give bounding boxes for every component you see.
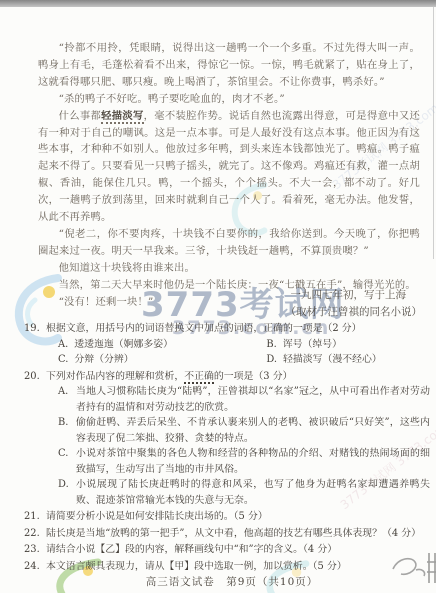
question-19: 19. 根据文意，用括号内的词语替换文中加点的词语，正确的一项是（2 分） A.… bbox=[24, 321, 430, 368]
option-label: D. bbox=[58, 477, 76, 508]
option-d: D.小说展现了陆长庚赶鸭时的得意和风采，也写了他身为赶鸭名家却遭遇养鸭失败、混迹… bbox=[46, 477, 430, 508]
passage-paragraph-2: “杀的鸭子不好吃。鸭子要吃呛血的，肉才不老。” bbox=[38, 91, 420, 108]
passage-paragraph-3: 什么事都轻描淡写，毫不装腔作势。说话自然也流露出得意，可是得意中又还有一种对于自… bbox=[38, 108, 420, 226]
option-label: A. bbox=[58, 339, 68, 350]
page-content: “拎都不用拎，凭眼睛，说得出这一趟鸭一个一个多重。不过先得大叫一声。鸭身上有毛，… bbox=[0, 0, 436, 593]
passage-paragraph-4: “倪老二，你不要肉疼，十块钱不白要你的，我给你送到。今天晚了，你把鸭圈起来过一夜… bbox=[38, 226, 420, 260]
question-stem: 请结合小说【乙】段的内容，解释画线句中“和”字的含义。（4 分） bbox=[46, 542, 430, 558]
passage-byline: 一九四七年初，写于上海 bbox=[291, 287, 407, 302]
option-b: B.诨号（绰号） bbox=[266, 337, 430, 353]
question-number: 23. bbox=[24, 542, 46, 558]
question-stem: 请简要分析小说是如何安排陆长庚出场的。（5 分） bbox=[46, 509, 430, 525]
exam-page-scan: 3773考试网 3773.com.cn 3773考试网 3773.com.cn … bbox=[0, 0, 436, 593]
option-label: C. bbox=[58, 446, 76, 477]
question-number: 21. bbox=[24, 509, 46, 525]
question-list: 19. 根据文意，用括号内的词语替换文中加点的词语，正确的一项是（2 分） A.… bbox=[24, 321, 430, 575]
option-text: 诨号（绰号） bbox=[283, 339, 342, 350]
question-19-options: A.逶逶迤迤（婀娜多姿） B.诨号（绰号） C.分辩（分辨） D.轻描淡写（漫不… bbox=[46, 337, 430, 368]
option-text: 小说对茶馆中聚集的各色人物和经营的各种物品的介绍、对赌钱的热闹场面的细致描写，生… bbox=[76, 446, 430, 477]
question-stem: 陆长庚是当地“放鸭的第一把手”，从文中看，他高超的技艺有哪些具体表现？（4 分） bbox=[46, 526, 430, 542]
passage-source-note: （取材于汪曾祺的同名小说） bbox=[286, 304, 423, 319]
option-text: 小说展现了陆长庚赶鸭时的得意和风采，也写了他身为赶鸭名家却遭遇养鸭失败、混迹茶馆… bbox=[76, 477, 430, 508]
option-label: B. bbox=[58, 415, 76, 446]
question-number: 19. bbox=[24, 321, 46, 368]
question-23: 23. 请结合小说【乙】段的内容，解释画线句中“和”字的含义。（4 分） bbox=[24, 542, 430, 558]
question-number: 22. bbox=[24, 526, 46, 542]
option-label: A. bbox=[58, 384, 76, 415]
option-text: 偷偷赶鸭、弄丢后呆坐、不肯承认裹来别人的老鸭、被识破后“只好笑”，这些内容表现了… bbox=[76, 415, 430, 446]
question-number: 24. bbox=[24, 559, 46, 575]
option-d: D.轻描淡写（漫不经心） bbox=[266, 352, 430, 368]
stem-emphasized: 不正确 bbox=[184, 371, 214, 384]
question-22: 22. 陆长庚是当地“放鸭的第一把手”，从文中看，他高超的技艺有哪些具体表现？（… bbox=[24, 526, 430, 542]
passage-p3-emphasized-phrase: 轻描淡写 bbox=[101, 110, 144, 124]
question-20-options: A.当地人习惯称陆长庚为“陆鸭”，汪曾祺却以“名家”冠之，从中可看出作者对劳动者… bbox=[46, 384, 430, 508]
passage-paragraph-5: 他知道这十块钱将由谁来出。 bbox=[38, 260, 420, 277]
question-stem: 根据文意，用括号内的词语替换文中加点的词语，正确的一项是（2 分） bbox=[46, 321, 430, 337]
passage-excerpt: “拎都不用拎，凭眼睛，说得出这一趟鸭一个一个多重。不过先得大叫一声。鸭身上有毛，… bbox=[38, 40, 420, 311]
question-stem: 本文语言颇具表现力，请从【甲】段中选取一例，加以赏析。（5 分） bbox=[46, 559, 430, 575]
question-stem: 下列对作品内容的理解和赏析，不正确的一项是（3 分） bbox=[46, 369, 430, 385]
option-text: 分辩（分辨） bbox=[74, 354, 133, 365]
option-c: C.分辩（分辨） bbox=[58, 352, 266, 368]
option-c: C.小说对茶馆中聚集的各色人物和经营的各种物品的介绍、对赌钱的热闹场面的细致描写… bbox=[46, 446, 430, 477]
option-label: D. bbox=[266, 354, 277, 365]
option-text: 当地人习惯称陆长庚为“陆鸭”，汪曾祺却以“名家”冠之，从中可看出作者对劳动者持有… bbox=[76, 384, 430, 415]
question-number: 20. bbox=[24, 369, 46, 509]
option-a: A.逶逶迤迤（婀娜多姿） bbox=[58, 337, 266, 353]
option-text: 逶逶迤迤（婀娜多姿） bbox=[74, 339, 173, 350]
option-b: B.偷偷赶鸭、弄丢后呆坐、不肯承认裹来别人的老鸭、被识破后“只好笑”，这些内容表… bbox=[46, 415, 430, 446]
option-label: B. bbox=[266, 339, 276, 350]
question-20: 20. 下列对作品内容的理解和赏析，不正确的一项是（3 分） A.当地人习惯称陆… bbox=[24, 369, 430, 509]
passage-p3-pre: 什么事都 bbox=[59, 110, 102, 122]
question-21: 21. 请简要分析小说是如何安排陆长庚出场的。（5 分） bbox=[24, 509, 430, 525]
question-24: 24. 本文语言颇具表现力，请从【甲】段中选取一例，加以赏析。（5 分） bbox=[24, 559, 430, 575]
option-text: 轻描淡写（漫不经心） bbox=[283, 354, 382, 365]
option-label: C. bbox=[58, 354, 68, 365]
page-footer: 高三语文试卷 第9页（共10页） bbox=[0, 574, 436, 589]
passage-p3-post: ，毫不装腔作势。说话自然也流露出得意，可是得意中又还有一种对于自己的嘲讽。这是一… bbox=[38, 110, 420, 223]
passage-paragraph-1: “拎都不用拎，凭眼睛，说得出这一趟鸭一个一个多重。不过先得大叫一声。鸭身上有毛，… bbox=[38, 40, 420, 91]
stem-post: 的一项是（3 分） bbox=[214, 371, 293, 382]
stem-pre: 下列对作品内容的理解和赏析， bbox=[46, 371, 184, 382]
option-a: A.当地人习惯称陆长庚为“陆鸭”，汪曾祺却以“名家”冠之，从中可看出作者对劳动者… bbox=[46, 384, 430, 415]
